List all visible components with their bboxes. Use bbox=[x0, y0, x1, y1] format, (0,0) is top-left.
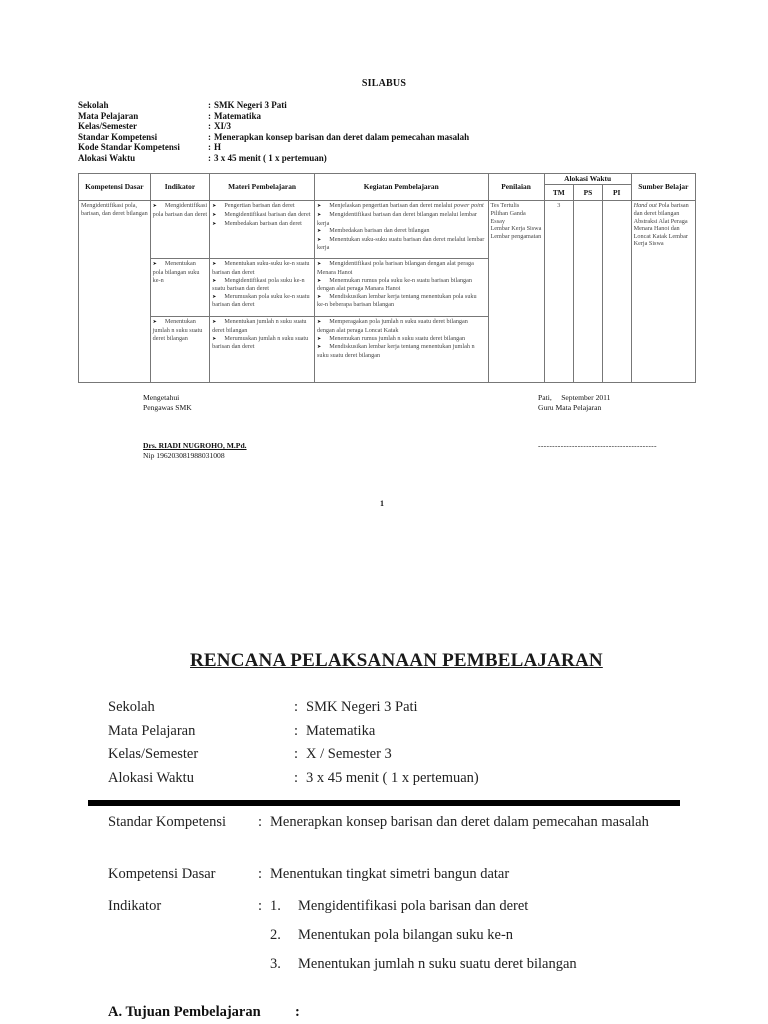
cell-pi bbox=[602, 201, 631, 383]
rpp-meta: Sekolah:SMK Negeri 3 Pati Mata Pelajaran… bbox=[108, 696, 479, 790]
signature-right: Pati, September 2011 Guru Mata Pelajaran bbox=[538, 393, 610, 413]
cell-kegiatan: Menjelaskan pengertian barisan dan deret… bbox=[314, 201, 488, 259]
meta-row-mapel: Mata Pelajaran:Matematika bbox=[78, 111, 469, 122]
rpp-body: Standar Kompetensi : Menerapkan konsep b… bbox=[108, 812, 683, 979]
header-kegiatan: Kegiatan Pembelajaran bbox=[314, 174, 488, 201]
rpp-standar-kompetensi: Standar Kompetensi : Menerapkan konsep b… bbox=[108, 812, 683, 864]
cell-penilaian: Tes Tertulis Pilihan Ganda Essay Lembar … bbox=[488, 201, 544, 383]
cell-materi: Pengertian barisan dan deret Mengidentif… bbox=[210, 201, 315, 259]
divider-rule bbox=[88, 800, 680, 806]
cell-tm: 3 bbox=[544, 201, 573, 383]
rpp-meta-mapel: Mata Pelajaran:Matematika bbox=[108, 720, 479, 744]
header-sumber: Sumber Belajar bbox=[631, 174, 695, 201]
header-indikator: Indikator bbox=[150, 174, 209, 201]
table-row: Mengidentifikasi pola, barisan, dan dere… bbox=[79, 201, 696, 259]
cell-materi: Menentukan suku-suku ke-n suatu barisan … bbox=[210, 259, 315, 317]
cell-kegiatan: Memperagakan pola jumlah n suku suatu de… bbox=[314, 317, 488, 383]
rpp-meta-kelas: Kelas/Semester:X / Semester 3 bbox=[108, 743, 479, 767]
supervisor-name: Drs. RIADI NUGROHO, M.Pd. bbox=[143, 441, 247, 450]
cell-kegiatan: Mengidentifikasi pola barisan bilangan d… bbox=[314, 259, 488, 317]
header-kompetensi-dasar: Kompetensi Dasar bbox=[79, 174, 151, 201]
meta-row-kode: Kode Standar Kompetensi:H bbox=[78, 142, 469, 153]
header-ps: PS bbox=[573, 185, 602, 201]
meta-row-sekolah: Sekolah:SMK Negeri 3 Pati bbox=[78, 100, 469, 111]
indikator-list: 1.Mengidentifikasi pola barisan dan dere… bbox=[270, 892, 683, 979]
silabus-meta: Sekolah:SMK Negeri 3 Pati Mata Pelajaran… bbox=[78, 100, 469, 164]
header-alokasi: Alokasi Waktu bbox=[544, 174, 631, 185]
cell-indikator: Mengidentifikasi pola barisan dan deret bbox=[150, 201, 209, 259]
meta-row-sk: Standar Kompetensi:Menerapkan konsep bar… bbox=[78, 132, 469, 143]
page-number: 1 bbox=[380, 499, 384, 508]
section-a-tujuan: A. Tujuan Pembelajaran : bbox=[108, 1004, 261, 1021]
silabus-table: Kompetensi Dasar Indikator Materi Pembel… bbox=[78, 173, 696, 383]
header-pi: PI bbox=[602, 185, 631, 201]
list-item: 2.Menentukan pola bilangan suku ke-n bbox=[270, 921, 683, 950]
cell-kompetensi-dasar: Mengidentifikasi pola, barisan, dan dere… bbox=[79, 201, 151, 383]
rpp-meta-sekolah: Sekolah:SMK Negeri 3 Pati bbox=[108, 696, 479, 720]
supervisor-nip: Nip 196203081988031008 bbox=[143, 451, 225, 460]
header-tm: TM bbox=[544, 185, 573, 201]
meta-row-alokasi: Alokasi Waktu:3 x 45 menit ( 1 x pertemu… bbox=[78, 153, 469, 164]
cell-indikator: Menentukan jumlah n suku suatu deret bil… bbox=[150, 317, 209, 383]
list-item: 3.Menentukan jumlah n suku suatu deret b… bbox=[270, 950, 683, 979]
header-materi: Materi Pembelajaran bbox=[210, 174, 315, 201]
teacher-signature-blank: ----------------------------------------… bbox=[538, 441, 657, 450]
rpp-indikator: Indikator : 1.Mengidentifikasi pola bari… bbox=[108, 896, 683, 979]
rpp-title: RENCANA PELAKSANAAN PEMBELAJARAN bbox=[190, 650, 603, 672]
cell-indikator: Menentukan pola bilangan suku ke-n bbox=[150, 259, 209, 317]
silabus-title: SILABUS bbox=[0, 78, 768, 89]
rpp-meta-alokasi: Alokasi Waktu:3 x 45 menit ( 1 x pertemu… bbox=[108, 767, 479, 791]
cell-sumber: Hand out Pola barisan dan deret bilangan… bbox=[631, 201, 695, 383]
cell-materi: Menentukan jumlah n suku suatu deret bil… bbox=[210, 317, 315, 383]
cell-ps bbox=[573, 201, 602, 383]
signature-left: Mengetahui Pengawas SMK bbox=[143, 393, 192, 413]
meta-row-kelas: Kelas/Semester:XI/3 bbox=[78, 121, 469, 132]
list-item: 1.Mengidentifikasi pola barisan dan dere… bbox=[270, 892, 683, 921]
header-penilaian: Penilaian bbox=[488, 174, 544, 201]
